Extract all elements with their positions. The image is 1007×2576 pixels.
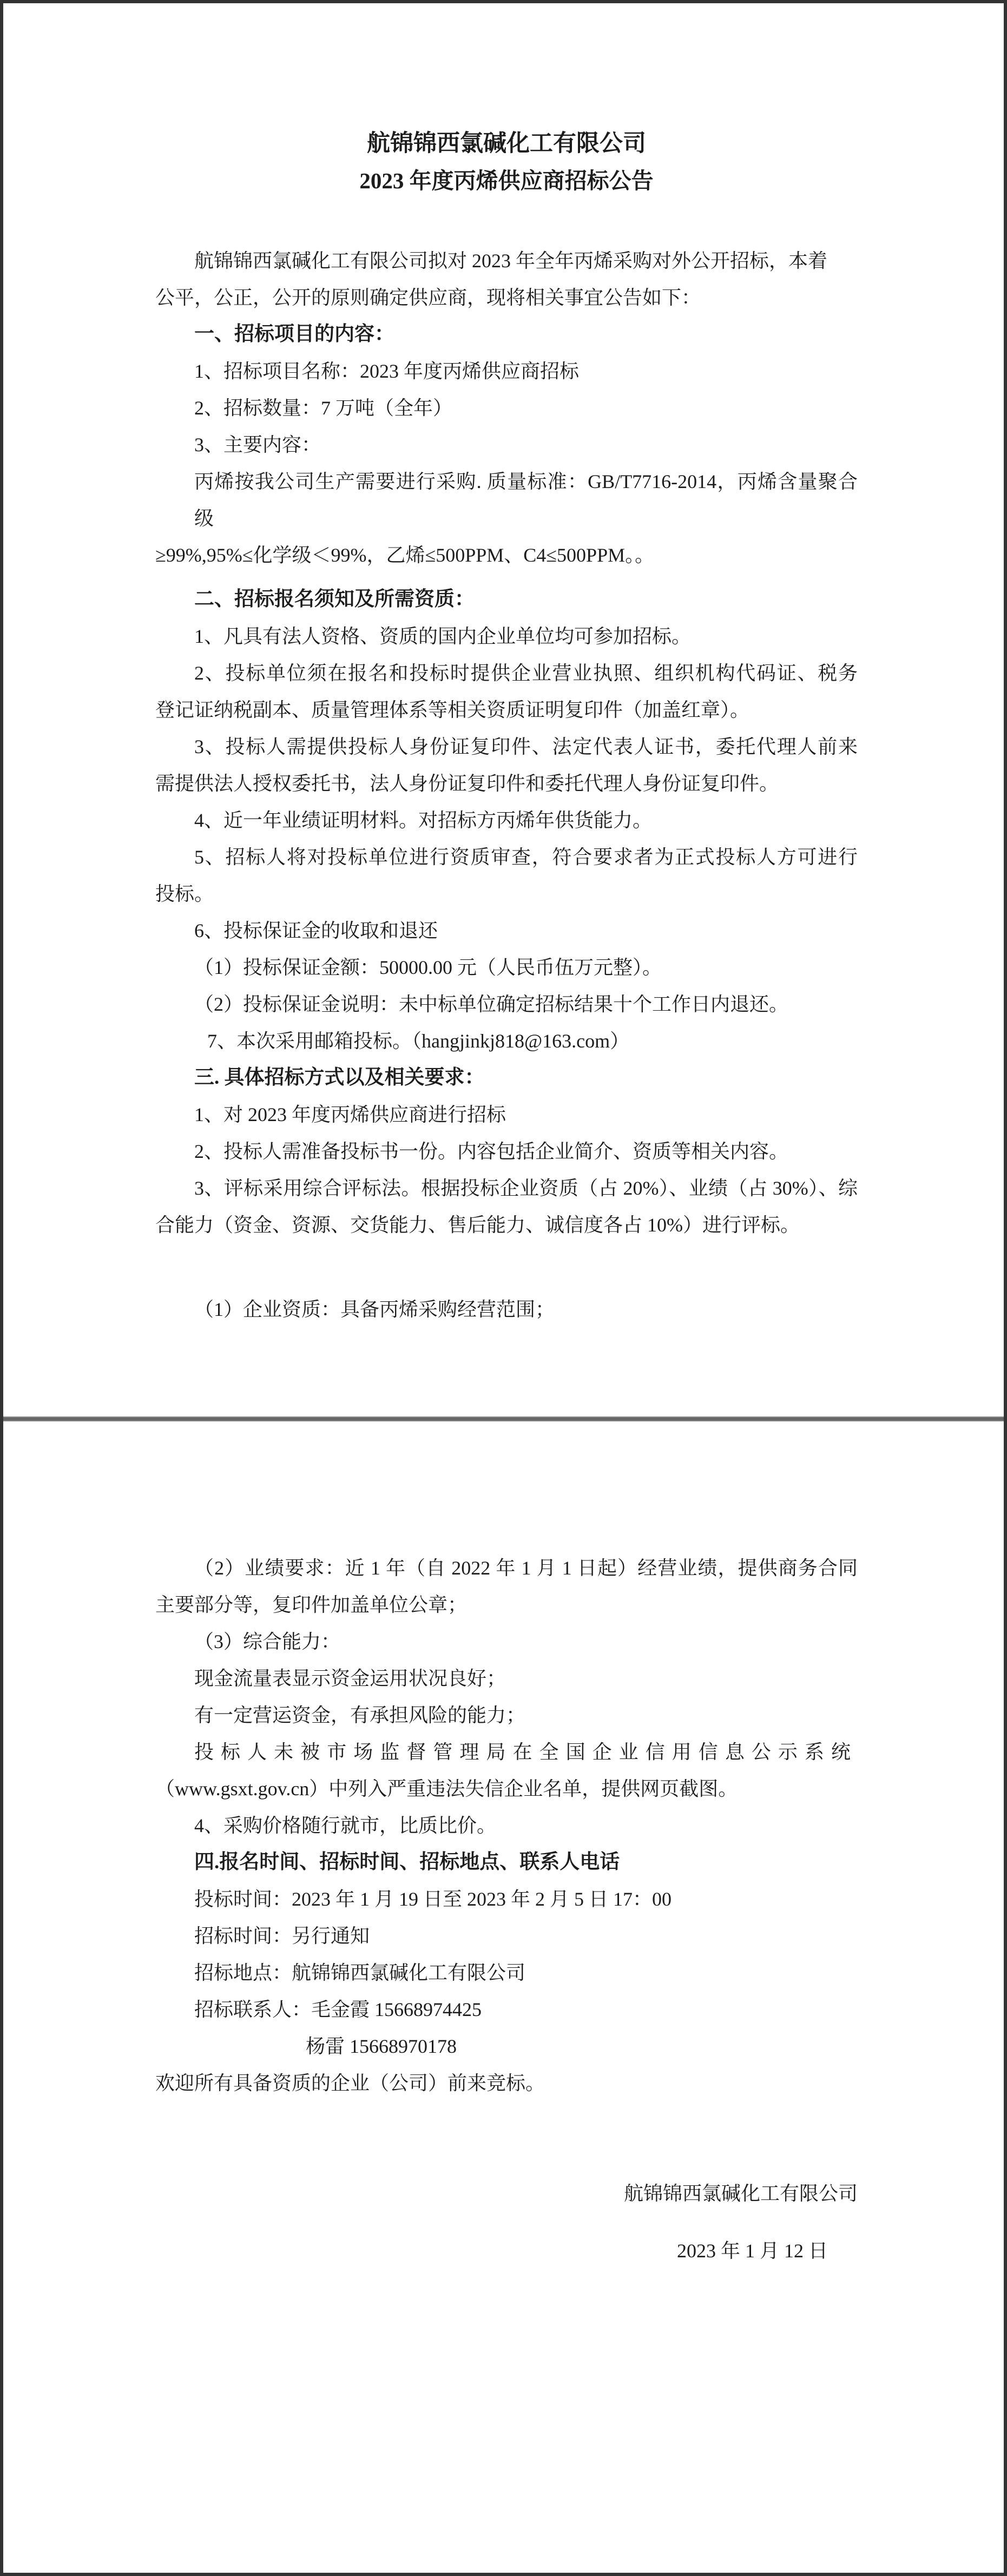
doc-line: 丙烯按我公司生产需要进行采购. 质量标准：GB/T7716-2014，丙烯含量聚…: [194, 463, 858, 537]
doc-line: 投标。: [155, 875, 858, 912]
page-1: 航锦锦西氯碱化工有限公司2023 年度丙烯供应商招标公告航锦锦西氯碱化工有限公司…: [3, 3, 1004, 1417]
section-heading-3: 三. 具体招标方式以及相关要求：: [194, 1059, 858, 1096]
doc-line: 欢迎所有具备资质的企业（公司）前来竞标。: [155, 2065, 858, 2101]
doc-line: ≥99%,95%≤化学级＜99%，乙烯≤500PPM、C4≤500PPM。。: [155, 537, 858, 574]
doc-line: 公平，公正，公开的原则确定供应商，现将相关事宜公告如下：: [155, 279, 858, 316]
doc-line: 2、投标单位须在报名和投标时提供企业营业执照、组织机构代码证、税务: [194, 655, 858, 691]
doc-line: （1）投标保证金额：50000.00 元（人民币伍万元整）。: [194, 949, 858, 986]
section-heading-4: 四.报名时间、招标时间、招标地点、联系人电话: [194, 1844, 858, 1881]
doc-line: 1、招标项目名称：2023 年度丙烯供应商招标: [194, 353, 858, 390]
page-divider: [3, 1417, 1004, 1421]
doc-line: 2、招标数量：7 万吨（全年）: [194, 390, 858, 426]
doc-line: 3、投标人需提供投标人身份证复印件、法定代表人证书，委托代理人前来: [194, 728, 858, 765]
doc-line: 1、对 2023 年度丙烯供应商进行招标: [194, 1096, 858, 1133]
doc-line: 现金流量表显示资金运用状况良好；: [194, 1660, 858, 1697]
doc-line: （2）业绩要求：近 1 年（自 2022 年 1 月 1 日起）经营业绩，提供商…: [194, 1550, 858, 1586]
signature-date: 2023 年 1 月 12 日: [155, 2232, 828, 2269]
doc-line: 6、投标保证金的收取和退还: [194, 912, 858, 949]
contact-1: 招标联系人：毛金霞 15668974425: [194, 1991, 858, 2028]
doc-line: 4、近一年业绩证明材料。对招标方丙烯年供货能力。: [194, 802, 858, 839]
bid-time: 投标时间：2023 年 1 月 19 日至 2023 年 2 月 5 日 17：…: [194, 1881, 858, 1918]
doc-line: 3、主要内容：: [194, 426, 858, 463]
document-frame: 航锦锦西氯碱化工有限公司2023 年度丙烯供应商招标公告航锦锦西氯碱化工有限公司…: [0, 0, 1007, 2576]
section-heading-2: 二、招标报名须知及所需资质：: [194, 581, 858, 618]
tender-time: 招标时间：另行通知: [194, 1918, 858, 1954]
doc-line: （www.gsxt.gov.cn）中列入严重违法失信企业名单，提供网页截图。: [155, 1770, 858, 1807]
doc-line: 有一定营运资金，有承担风险的能力；: [194, 1697, 858, 1734]
doc-line: 5、招标人将对投标单位进行资质审查，符合要求者为正式投标人方可进行: [194, 839, 858, 875]
doc-line: 4、采购价格随行就市，比质比价。: [194, 1807, 858, 1844]
document-subtitle: 2023 年度丙烯供应商招标公告: [155, 162, 858, 199]
doc-line: （2）投标保证金说明：未中标单位确定招标结果十个工作日内退还。: [194, 986, 858, 1023]
doc-line: （3）综合能力：: [194, 1623, 858, 1660]
doc-line: 3、评标采用综合评标法。根据投标企业资质（占 20%）、业绩（占 30%）、综: [194, 1170, 858, 1207]
doc-line: 航锦锦西氯碱化工有限公司拟对 2023 年全年丙烯采购对外公开招标，本着: [194, 242, 858, 279]
doc-line: 需提供法人授权委托书，法人身份证复印件和委托代理人身份证复印件。: [155, 765, 858, 802]
doc-line: 2、投标人需准备投标书一份。内容包括企业简介、资质等相关内容。: [194, 1133, 858, 1170]
tender-place: 招标地点：航锦锦西氯碱化工有限公司: [194, 1954, 858, 1991]
section-heading-1: 一、招标项目的内容：: [194, 316, 858, 353]
contact-2: 杨雷 15668970178: [306, 2028, 858, 2065]
doc-line: 7、本次采用邮箱投标。（hangjinkj818@163.com）: [207, 1023, 858, 1059]
page-2: （2）业绩要求：近 1 年（自 2022 年 1 月 1 日起）经营业绩，提供商…: [3, 1421, 1004, 2573]
doc-line: 投标人未被市场监督管理局在全国企业信用信息公示系统: [194, 1734, 858, 1770]
doc-line: 登记证纳税副本、质量管理体系等相关资质证明复印件（加盖红章）。: [155, 691, 858, 728]
doc-line: 主要部分等，复印件加盖单位公章；: [155, 1586, 858, 1623]
signature-company: 航锦锦西氯碱化工有限公司: [155, 2175, 858, 2212]
document-title: 航锦锦西氯碱化工有限公司: [155, 126, 858, 162]
doc-line: （1）企业资质：具备丙烯采购经营范围；: [194, 1291, 858, 1328]
doc-line: 1、凡具有法人资格、资质的国内企业单位均可参加招标。: [194, 618, 858, 655]
doc-line: 合能力（资金、资源、交货能力、售后能力、诚信度各占 10%）进行评标。: [155, 1207, 858, 1243]
